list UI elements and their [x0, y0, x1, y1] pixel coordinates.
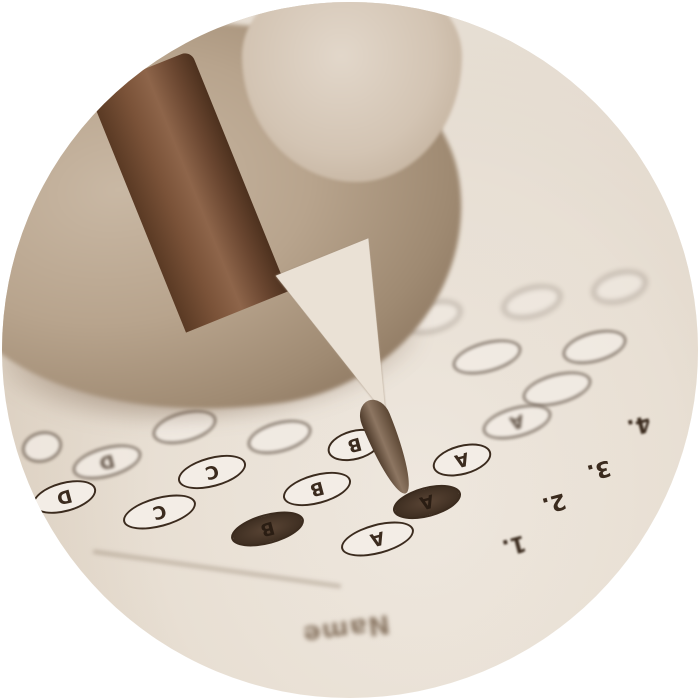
photo-circle: A 4. D C B A 3. D C B A 2. B A 1. Name: [2, 2, 698, 698]
